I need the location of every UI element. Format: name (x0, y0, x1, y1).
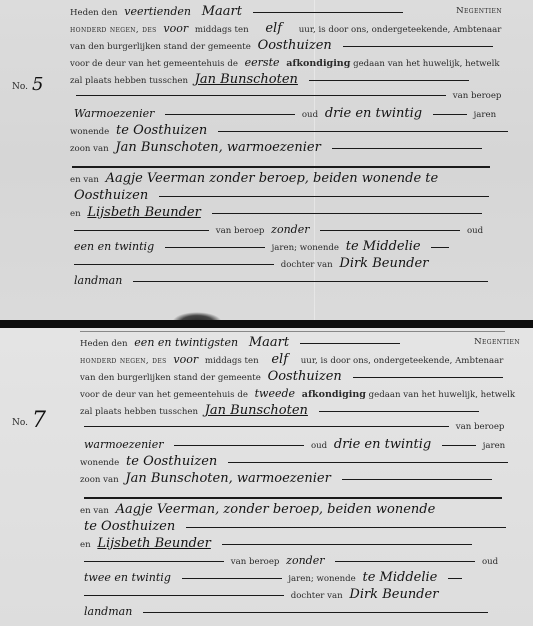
handwritten-age: twee en twintig (80, 571, 175, 584)
record-number: 5 (32, 74, 43, 95)
record-5: Heden den veertienden Maart Negentien ho… (0, 0, 533, 320)
fill-rule (433, 114, 467, 116)
printed-text: oud (482, 557, 498, 567)
fill-rule (165, 247, 265, 249)
line-proclamation: voor de deur van het gemeentehuis de twe… (80, 385, 520, 402)
handwritten-occupation: zonder (282, 554, 328, 567)
printed-text: van beroep (231, 557, 280, 567)
fill-rule (342, 479, 492, 481)
handwritten-ordinal: eerste (241, 56, 284, 69)
line-groom-father: zoon van Jan Bunschoten, warmoezenier (70, 139, 510, 156)
line-bride: en Lijsbeth Beunder (70, 204, 510, 221)
printed-text: honderd negen, des (80, 356, 167, 366)
header-rule (80, 331, 505, 332)
printed-text: Heden den (80, 339, 128, 349)
line-groom-occupation-label: van beroep (80, 419, 520, 436)
line-bride-father-occupation: landman (80, 603, 520, 620)
fill-rule (309, 80, 469, 82)
handwritten-mother: Aagje Veerman, zonder beroep, beiden won… (112, 502, 440, 517)
fill-rule (84, 497, 502, 499)
line-bride-father: dochter van Dirk Beunder (70, 255, 510, 272)
line-groom-residence: wonende te Oosthuizen (70, 122, 510, 139)
fill-rule (76, 95, 446, 97)
line-groom: zal plaats hebben tusschen Jan Bunschote… (70, 71, 510, 88)
fill-rule (165, 114, 295, 116)
line-bride: en Lijsbeth Beunder (80, 535, 520, 552)
printed-text: zal plaats hebben tusschen (70, 76, 188, 86)
printed-text: middags ten (195, 25, 249, 35)
printed-text: Heden den (70, 8, 118, 18)
handwritten-occupation: landman (70, 274, 126, 287)
printed-text: Negentien (474, 334, 520, 351)
record-number: 7 (32, 408, 46, 433)
printed-text: jaren (483, 441, 506, 451)
handwritten-father: Dirk Beunder (345, 587, 442, 602)
printed-text: zal plaats hebben tusschen (80, 407, 198, 417)
handwritten-bride: Lijsbeth Beunder (93, 536, 214, 551)
printed-text: en van (70, 175, 99, 185)
handwritten-month: Maart (245, 335, 293, 350)
handwritten-father: Dirk Beunder (335, 256, 432, 271)
handwritten-occupation: zonder (267, 223, 313, 236)
handwritten-day: een en twintigsten (130, 336, 242, 349)
handwritten-hour: elf (251, 21, 296, 36)
printed-text: en van (80, 506, 109, 516)
printed-text: jaren; wonende (288, 574, 355, 584)
line-municipality: van den burgerlijken stand der gemeente … (80, 368, 520, 385)
line-bride-occupation: van beroep zonder oud (80, 552, 520, 569)
fill-rule (218, 131, 508, 133)
fill-rule (72, 166, 490, 168)
printed-text: uur, is door ons, ondergeteekende, Ambte… (301, 356, 504, 366)
fill-rule (253, 12, 403, 14)
fill-rule (186, 527, 506, 529)
line-bride-occupation: van beroep zonder oud (70, 221, 510, 238)
line-groom-occupation-age: warmoezenier oud drie en twintig jaren (80, 436, 520, 453)
fill-rule (182, 578, 282, 580)
line-groom-mother-cont: te Oosthuizen (80, 518, 520, 535)
handwritten-occupation: warmoezenier (80, 438, 167, 451)
handwritten-day: veertienden (120, 5, 195, 18)
handwritten-residence: te Middelie (342, 239, 425, 254)
fill-rule (84, 595, 284, 597)
fill-rule (343, 46, 493, 48)
printed-text: Negentien (456, 3, 502, 20)
fill-rule (448, 578, 462, 580)
line-bride-age-residence: twee en twintig jaren; wonende te Middel… (80, 569, 520, 586)
fill-rule (84, 426, 449, 428)
printed-text: zoon van (70, 144, 109, 154)
printed-text: jaren; wonende (272, 243, 339, 253)
printed-text: oud (467, 226, 483, 236)
printed-text: van beroep (216, 226, 265, 236)
printed-text: gedaan van het huwelijk, hetwelk (353, 59, 499, 69)
record-7: Heden den een en twintigsten Maart Negen… (0, 328, 533, 626)
printed-bold-text: afkondiging (286, 58, 350, 69)
line-groom-mother: en van Aagje Veerman, zonder beroep, bei… (80, 501, 520, 518)
handwritten-municipality: Oosthuizen (254, 38, 336, 53)
handwritten-hour: elf (261, 352, 298, 367)
handwritten-residence: te Oosthuizen (112, 123, 211, 138)
fill-rule (319, 411, 479, 413)
handwritten-continuation: Oosthuizen (70, 188, 152, 203)
record-number-label: No. (12, 82, 28, 92)
handwritten-residence: te Middelie (359, 570, 442, 585)
handwritten-age: een en twintig (70, 240, 158, 253)
handwritten-groom: Jan Bunschoten (201, 403, 312, 418)
line-proclamation: voor de deur van het gemeentehuis de eer… (70, 54, 510, 71)
fill-rule (212, 213, 482, 215)
handwritten-father: Jan Bunschoten, warmoezenier (111, 140, 324, 155)
printed-text: voor de deur van het gemeentehuis de (70, 59, 238, 69)
handwritten-municipality: Oosthuizen (264, 369, 346, 384)
fill-rule (320, 230, 460, 232)
line-time: honderd negen, des voor middags ten elf … (80, 351, 520, 368)
line-bride-father: dochter van Dirk Beunder (80, 586, 520, 603)
handwritten-age: drie en twintig (330, 437, 435, 452)
line-date: Heden den veertienden Maart Negentien (70, 3, 510, 20)
line-groom-father: zoon van Jan Bunschoten, warmoezenier (80, 470, 520, 487)
handwritten-residence: te Oosthuizen (122, 454, 221, 469)
printed-text: dochter van (291, 591, 343, 601)
handwritten-continuation: te Oosthuizen (80, 519, 179, 534)
handwritten-occupation: landman (80, 605, 136, 618)
fill-rule (143, 612, 488, 614)
printed-text: van beroep (456, 422, 505, 432)
printed-text: en (80, 540, 91, 550)
line-municipality: van den burgerlijken stand der gemeente … (70, 37, 510, 54)
printed-text: zoon van (80, 475, 119, 485)
line-bride-father-occupation: landman (70, 272, 510, 289)
fill-rule (222, 544, 472, 546)
line-groom-occupation-label: van beroep (70, 88, 510, 105)
printed-text: gedaan van het huwelijk, hetwelk (369, 390, 515, 400)
handwritten-bride: Lijsbeth Beunder (83, 205, 204, 220)
printed-text: jaren (474, 110, 497, 120)
fill-rule (332, 148, 482, 150)
handwritten-occupation: Warmoezenier (70, 107, 158, 120)
printed-text: wonende (70, 127, 109, 137)
fill-rule (174, 445, 304, 447)
line-groom-mother-cont: Oosthuizen (70, 187, 510, 204)
printed-text: van beroep (453, 91, 502, 101)
fill-rule (228, 462, 508, 464)
printed-text: van den burgerlijken stand der gemeente (70, 42, 251, 52)
fill-rule (133, 281, 488, 283)
printed-text: oud (302, 110, 318, 120)
handwritten-mother: Aagje Veerman zonder beroep, beiden wone… (102, 171, 443, 186)
printed-text: middags ten (205, 356, 259, 366)
handwritten-groom: Jan Bunschoten (191, 72, 302, 87)
handwritten-ampm: voor (159, 22, 192, 35)
fill-rule (335, 561, 475, 563)
line-time: honderd negen, des voor middags ten elf … (70, 20, 510, 37)
fill-rule (300, 343, 400, 345)
line-bride-age-residence: een en twintig jaren; wonende te Middeli… (70, 238, 510, 255)
fill-rule (74, 264, 274, 266)
line-date: Heden den een en twintigsten Maart Negen… (80, 334, 520, 351)
record-number-label: No. (12, 418, 28, 428)
printed-text: uur, is door ons, ondergeteekende, Ambte… (299, 25, 502, 35)
fill-rule (442, 445, 476, 447)
line-groom-mother: en van Aagje Veerman zonder beroep, beid… (70, 170, 510, 187)
line-groom-occupation-age: Warmoezenier oud drie en twintig jaren (70, 105, 510, 122)
printed-text: dochter van (281, 260, 333, 270)
handwritten-ordinal: tweede (251, 387, 299, 400)
printed-text: van den burgerlijken stand der gemeente (80, 373, 261, 383)
fill-rule (159, 196, 489, 198)
line-groom-residence: wonende te Oosthuizen (80, 453, 520, 470)
handwritten-father: Jan Bunschoten, warmoezenier (121, 471, 334, 486)
printed-text: wonende (80, 458, 119, 468)
line-groom: zal plaats hebben tusschen Jan Bunschote… (80, 402, 520, 419)
printed-text: oud (311, 441, 327, 451)
printed-text: honderd negen, des (70, 25, 157, 35)
handwritten-month: Maart (198, 4, 246, 19)
printed-bold-text: afkondiging (302, 389, 366, 400)
printed-text: en (70, 209, 81, 219)
handwritten-ampm: voor (169, 353, 202, 366)
fill-rule (353, 377, 503, 379)
fill-rule (74, 230, 209, 232)
fill-rule (431, 247, 449, 249)
printed-text: voor de deur van het gemeentehuis de (80, 390, 248, 400)
fill-rule (84, 561, 224, 563)
handwritten-age: drie en twintig (321, 106, 426, 121)
